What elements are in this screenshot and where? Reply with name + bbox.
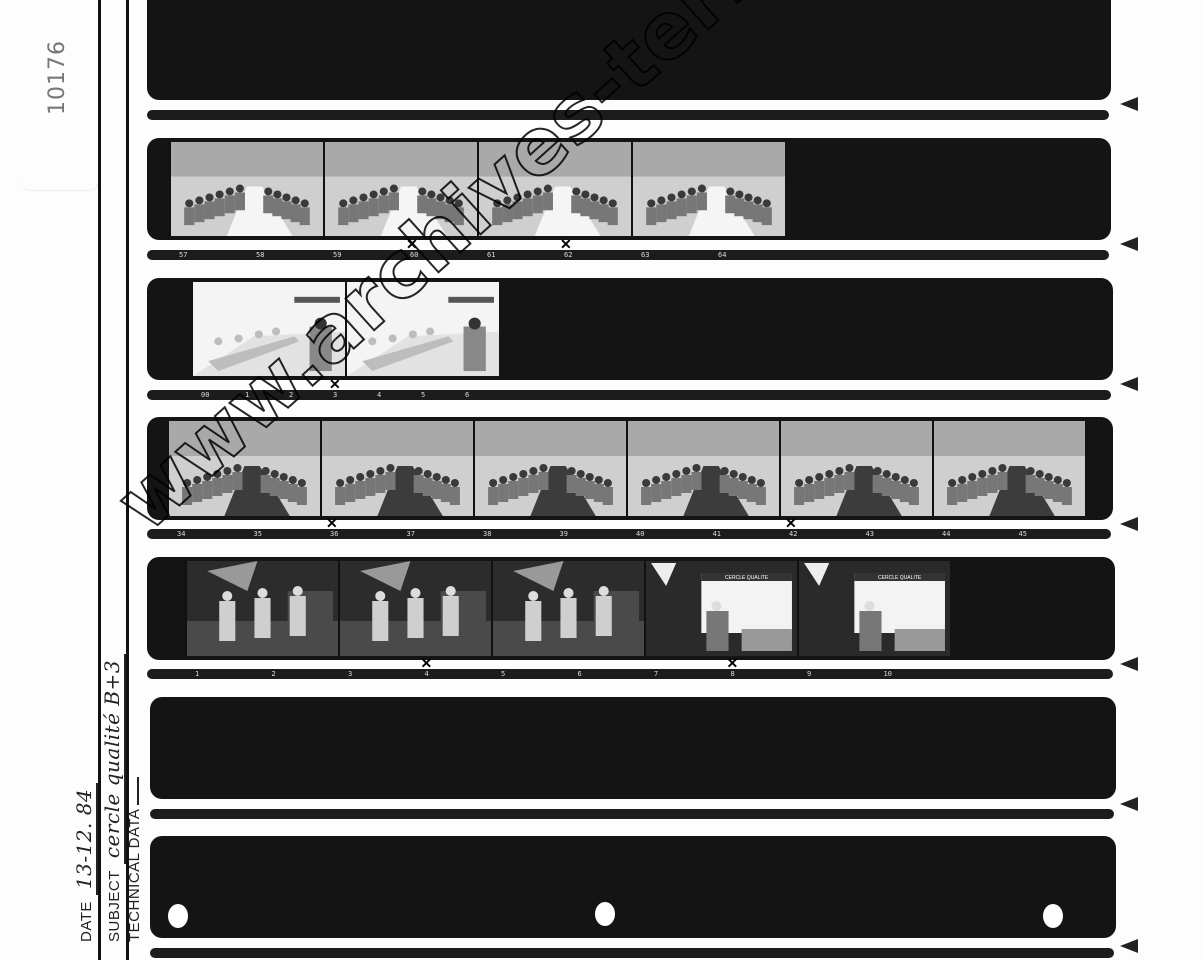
selection-mark-x: ✕ xyxy=(560,237,572,251)
selection-mark-x: ✕ xyxy=(785,516,797,530)
photo-frame[interactable] xyxy=(473,421,626,516)
selection-mark-x: ✕ xyxy=(421,656,433,670)
technical-value-line xyxy=(137,777,139,805)
film-strip xyxy=(150,697,1116,799)
frame-number: 3 xyxy=(348,669,352,679)
subject-row: SUBJECTcercle qualité B+3 xyxy=(100,654,124,942)
punch-hole xyxy=(595,902,615,926)
frame-number: 39 xyxy=(560,529,568,539)
photo-frame[interactable] xyxy=(932,421,1085,516)
sheet-number: 10176 xyxy=(45,55,75,115)
frame-number: 4 xyxy=(377,390,381,400)
frame-number: 43 xyxy=(866,529,874,539)
svg-text:CERCLE QUALITE: CERCLE QUALITE xyxy=(725,575,769,581)
frame-number: 8 xyxy=(731,669,735,679)
row-pointer-arrow-icon xyxy=(1120,97,1138,111)
film-edge-band xyxy=(150,948,1114,958)
svg-text:CERCLE QUALITE: CERCLE QUALITE xyxy=(878,575,922,581)
contact-sheet: 10176 DATE13-12. 84 SUBJECTcercle qualit… xyxy=(0,0,1202,960)
sheet-metadata: DATE13-12. 84 SUBJECTcercle qualité B+3 … xyxy=(60,660,150,950)
row-pointer-arrow-icon xyxy=(1120,939,1138,953)
photo-frame[interactable] xyxy=(779,421,932,516)
photo-frame[interactable] xyxy=(626,421,779,516)
photo-frame[interactable] xyxy=(320,421,473,516)
technical-row: TECHNICAL DATA xyxy=(126,777,143,942)
frame-number: 7 xyxy=(654,669,658,679)
photo-frame[interactable] xyxy=(491,561,644,656)
row-pointer-arrow-icon xyxy=(1120,657,1138,671)
frame-number: 9 xyxy=(807,669,811,679)
subject-label: SUBJECT xyxy=(106,870,123,942)
frame-number: 38 xyxy=(483,529,491,539)
frame-number: 5 xyxy=(501,669,505,679)
frame-number: 5 xyxy=(421,390,425,400)
photo-frame[interactable]: CERCLE QUALITE xyxy=(644,561,797,656)
row-pointer-arrow-icon xyxy=(1120,237,1138,251)
frame-number: 1 xyxy=(195,669,199,679)
photo-frame[interactable] xyxy=(631,142,785,236)
frame-number: 6 xyxy=(578,669,582,679)
frame-number: 6 xyxy=(465,390,469,400)
frame-number: 57 xyxy=(179,250,187,260)
frame-number: 2 xyxy=(272,669,276,679)
frame-number: 40 xyxy=(636,529,644,539)
frame-number: 4 xyxy=(425,669,429,679)
selection-mark-x: ✕ xyxy=(326,516,338,530)
frame-number: 59 xyxy=(333,250,341,260)
frame-number: 45 xyxy=(1019,529,1027,539)
photo-frame[interactable] xyxy=(169,142,323,236)
frame-number: 37 xyxy=(407,529,415,539)
frame-number: 63 xyxy=(641,250,649,260)
film-strip xyxy=(147,138,1111,240)
date-value: 13-12. 84 xyxy=(72,783,98,895)
punch-hole xyxy=(1043,904,1063,928)
technical-label: TECHNICAL DATA xyxy=(126,809,143,942)
frame-number: 41 xyxy=(713,529,721,539)
frame-number: 44 xyxy=(942,529,950,539)
photo-frame[interactable] xyxy=(185,561,338,656)
film-edge-band: 343536373839404142434445 xyxy=(147,529,1111,539)
frame-number: 36 xyxy=(330,529,338,539)
frame-number: 64 xyxy=(718,250,726,260)
frame-number: 10 xyxy=(884,669,892,679)
photo-frame[interactable]: CERCLE QUALITE xyxy=(797,561,950,656)
film-edge-band: 12345678910 xyxy=(147,669,1113,679)
photo-frame[interactable] xyxy=(338,561,491,656)
selection-mark-x: ✕ xyxy=(727,656,739,670)
film-strip xyxy=(147,417,1113,520)
frame-number: 42 xyxy=(789,529,797,539)
film-strip xyxy=(150,836,1116,938)
film-strip: CERCLE QUALITECERCLE QUALITE xyxy=(147,557,1115,660)
date-row: DATE13-12. 84 xyxy=(72,783,96,942)
punch-hole xyxy=(168,904,188,928)
date-label: DATE xyxy=(78,901,95,942)
row-pointer-arrow-icon xyxy=(1120,517,1138,531)
frame-number: 58 xyxy=(256,250,264,260)
subject-value: cercle qualité B+3 xyxy=(100,654,126,864)
frame-number: 62 xyxy=(564,250,572,260)
film-edge-band xyxy=(150,809,1114,819)
frame-number: 35 xyxy=(254,529,262,539)
film-edge-band: 5758596061626364 xyxy=(147,250,1109,260)
row-pointer-arrow-icon xyxy=(1120,797,1138,811)
row-pointer-arrow-icon xyxy=(1120,377,1138,391)
